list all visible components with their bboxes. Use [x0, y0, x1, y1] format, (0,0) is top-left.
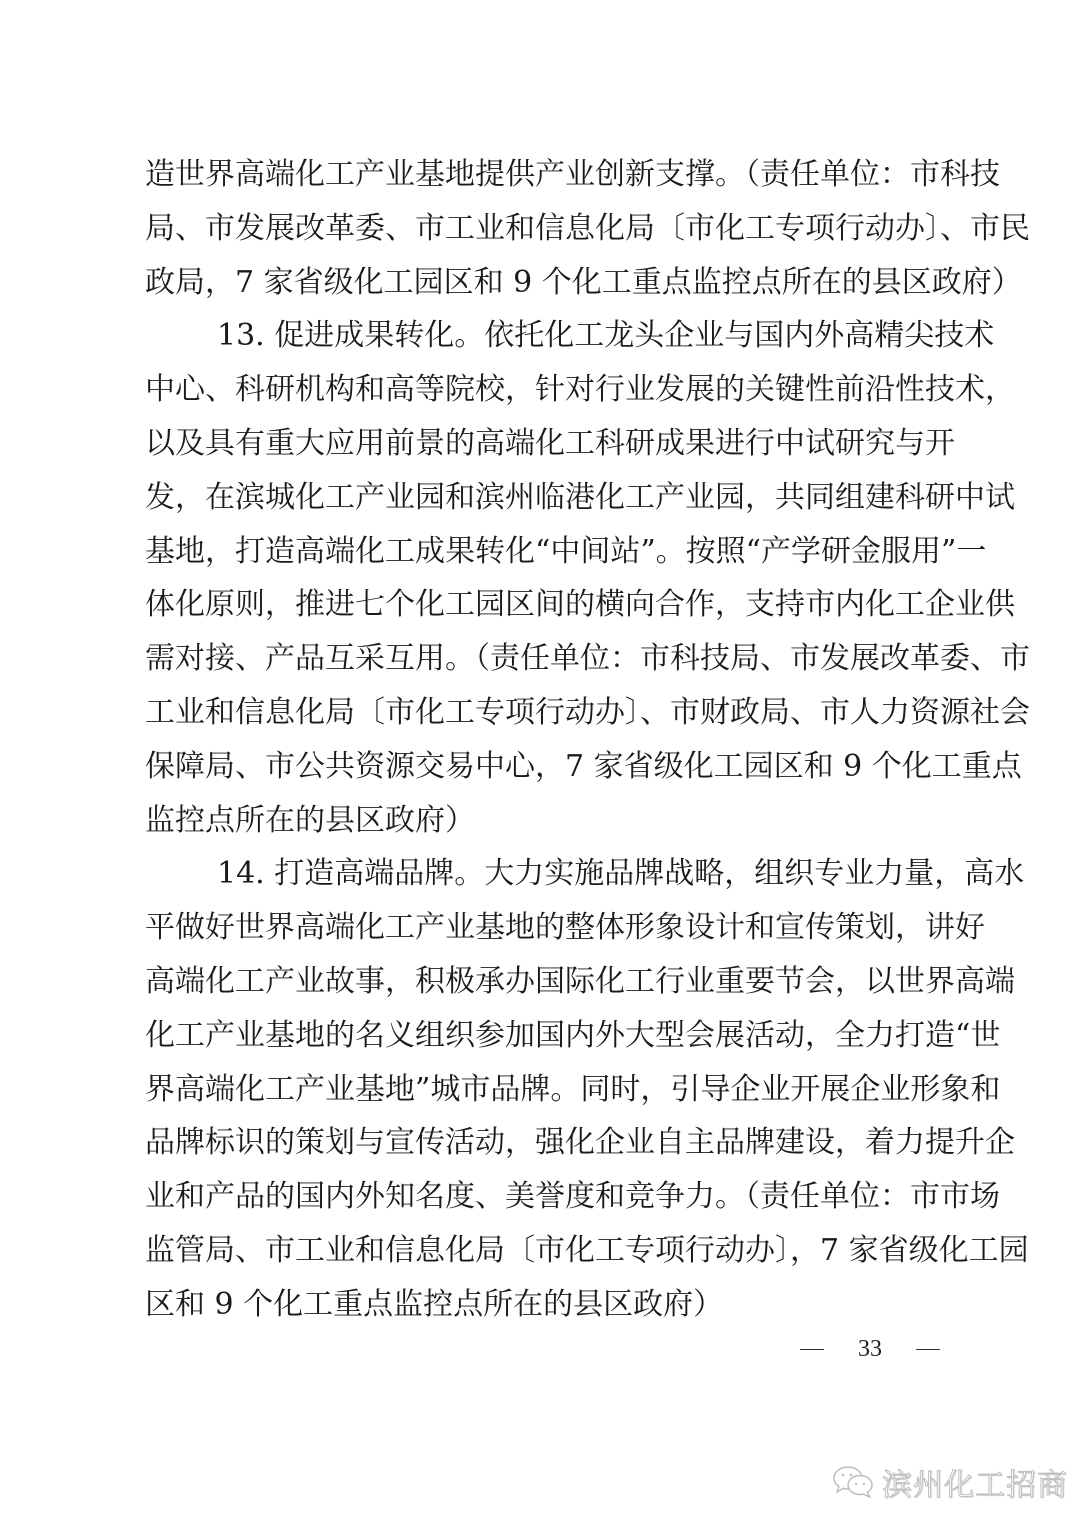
text-line: 高端化工产业故事，积极承办国际化工行业重要节会，以世界高端	[145, 955, 941, 1009]
text-line: 保障局、市公共资源交易中心，7 家省级化工园区和 9 个化工重点	[145, 740, 941, 794]
text-line: 基地，打造高端化工成果转化“中间站”。按照“产学研金服用”一	[145, 525, 941, 579]
text-line: 工业和信息化局〔市化工专项行动办〕、市财政局、市人力资源社会	[145, 686, 941, 740]
text-line: 监控点所在的县区政府）	[145, 794, 941, 848]
text-line: 平做好世界高端化工产业基地的整体形象设计和宣传策划，讲好	[145, 901, 941, 955]
text-line: 监管局、市工业和信息化局〔市化工专项行动办〕，7 家省级化工园	[145, 1224, 941, 1278]
wechat-icon	[832, 1465, 876, 1499]
document-body: 造世界高端化工产业基地提供产业创新支撑。（责任单位：市科技 局、市发展改革委、市…	[145, 148, 941, 1332]
text-line: 造世界高端化工产业基地提供产业创新支撑。（责任单位：市科技	[145, 148, 941, 202]
text-line: 发，在滨城化工产业园和滨州临港化工产业园，共同组建科研中试	[145, 471, 941, 525]
text-line: 需对接、产品互采互用。（责任单位：市科技局、市发展改革委、市	[145, 632, 941, 686]
section-13-heading-line: 13. 促进成果转化。依托化工龙头企业与国内外高精尖技术	[145, 309, 941, 363]
watermark: 滨州化工招商	[832, 1460, 1068, 1504]
document-page: 造世界高端化工产业基地提供产业创新支撑。（责任单位：市科技 局、市发展改革委、市…	[0, 0, 1080, 1527]
page-number: 33	[800, 1336, 940, 1363]
text-line: 品牌标识的策划与宣传活动，强化企业自主品牌建设，着力提升企	[145, 1116, 941, 1170]
watermark-text: 滨州化工招商	[882, 1460, 1068, 1504]
text-line: 政局，7 家省级化工园区和 9 个化工重点监控点所在的县区政府）	[145, 256, 941, 310]
text-line: 界高端化工产业基地”城市品牌。同时，引导企业开展企业形象和	[145, 1063, 941, 1117]
page-number-dash-left	[800, 1349, 824, 1351]
text-line: 体化原则，推进七个化工园区间的横向合作，支持市内化工企业供	[145, 578, 941, 632]
page-number-value: 33	[858, 1336, 882, 1363]
text-line: 中心、科研机构和高等院校，针对行业发展的关键性前沿性技术，	[145, 363, 941, 417]
page-number-dash-right	[916, 1349, 940, 1351]
text-line: 局、市发展改革委、市工业和信息化局〔市化工专项行动办〕、市民	[145, 202, 941, 256]
text-line: 以及具有重大应用前景的高端化工科研成果进行中试研究与开	[145, 417, 941, 471]
text-line: 区和 9 个化工重点监控点所在的县区政府）	[145, 1278, 941, 1332]
text-line: 化工产业基地的名义组织参加国内外大型会展活动，全力打造“世	[145, 1009, 941, 1063]
text-line: 业和产品的国内外知名度、美誉度和竞争力。（责任单位：市市场	[145, 1170, 941, 1224]
section-14-heading-line: 14. 打造高端品牌。大力实施品牌战略，组织专业力量，高水	[145, 847, 941, 901]
